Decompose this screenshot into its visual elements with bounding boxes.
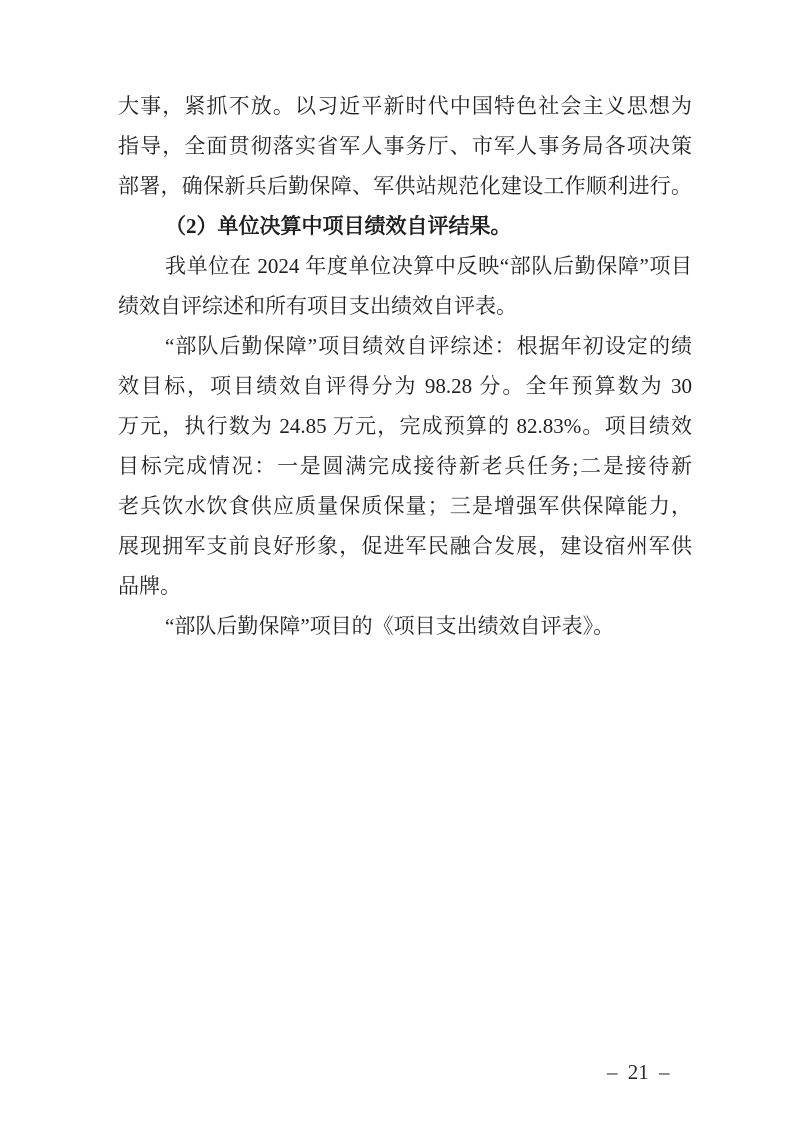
text-line: 指导，全面贯彻落实省军人事务厅、市军人事务局各项决策	[118, 126, 692, 166]
text-line: 展现拥军支前良好形象，促进军民融合发展，建设宿州军供	[118, 526, 692, 566]
text-line: 品牌。	[118, 566, 692, 606]
text-line: “部队后勤保障”项目绩效自评综述：根据年初设定的绩	[118, 326, 692, 366]
text-line: 老兵饮水饮食供应质量保质保量；三是增强军供保障能力，	[118, 486, 692, 526]
text-line: 目标完成情况：一是圆满完成接待新老兵任务;二是接待新	[118, 446, 692, 486]
page-number: – 21 –	[607, 1058, 687, 1086]
text-line: 大事，紧抓不放。以习近平新时代中国特色社会主义思想为	[118, 86, 692, 126]
text-line: 万元，执行数为 24.85 万元，完成预算的 82.83%。项目绩效	[118, 406, 692, 446]
text-line: 我单位在 2024 年度单位决算中反映“部队后勤保障”项目	[118, 246, 692, 286]
text-line: 绩效自评综述和所有项目支出绩效自评表。	[118, 286, 692, 326]
section-heading: （2）单位决算中项目绩效自评结果。	[118, 206, 692, 246]
document-body: 大事，紧抓不放。以习近平新时代中国特色社会主义思想为指导，全面贯彻落实省军人事务…	[118, 86, 692, 646]
text-line: 部署，确保新兵后勤保障、军供站规范化建设工作顺利进行。	[118, 166, 692, 206]
text-line: “部队后勤保障”项目的《项目支出绩效自评表》。	[118, 606, 692, 646]
text-line: 效目标，项目绩效自评得分为 98.28 分。全年预算数为 30	[118, 366, 692, 406]
document-page: 大事，紧抓不放。以习近平新时代中国特色社会主义思想为指导，全面贯彻落实省军人事务…	[0, 0, 793, 1122]
